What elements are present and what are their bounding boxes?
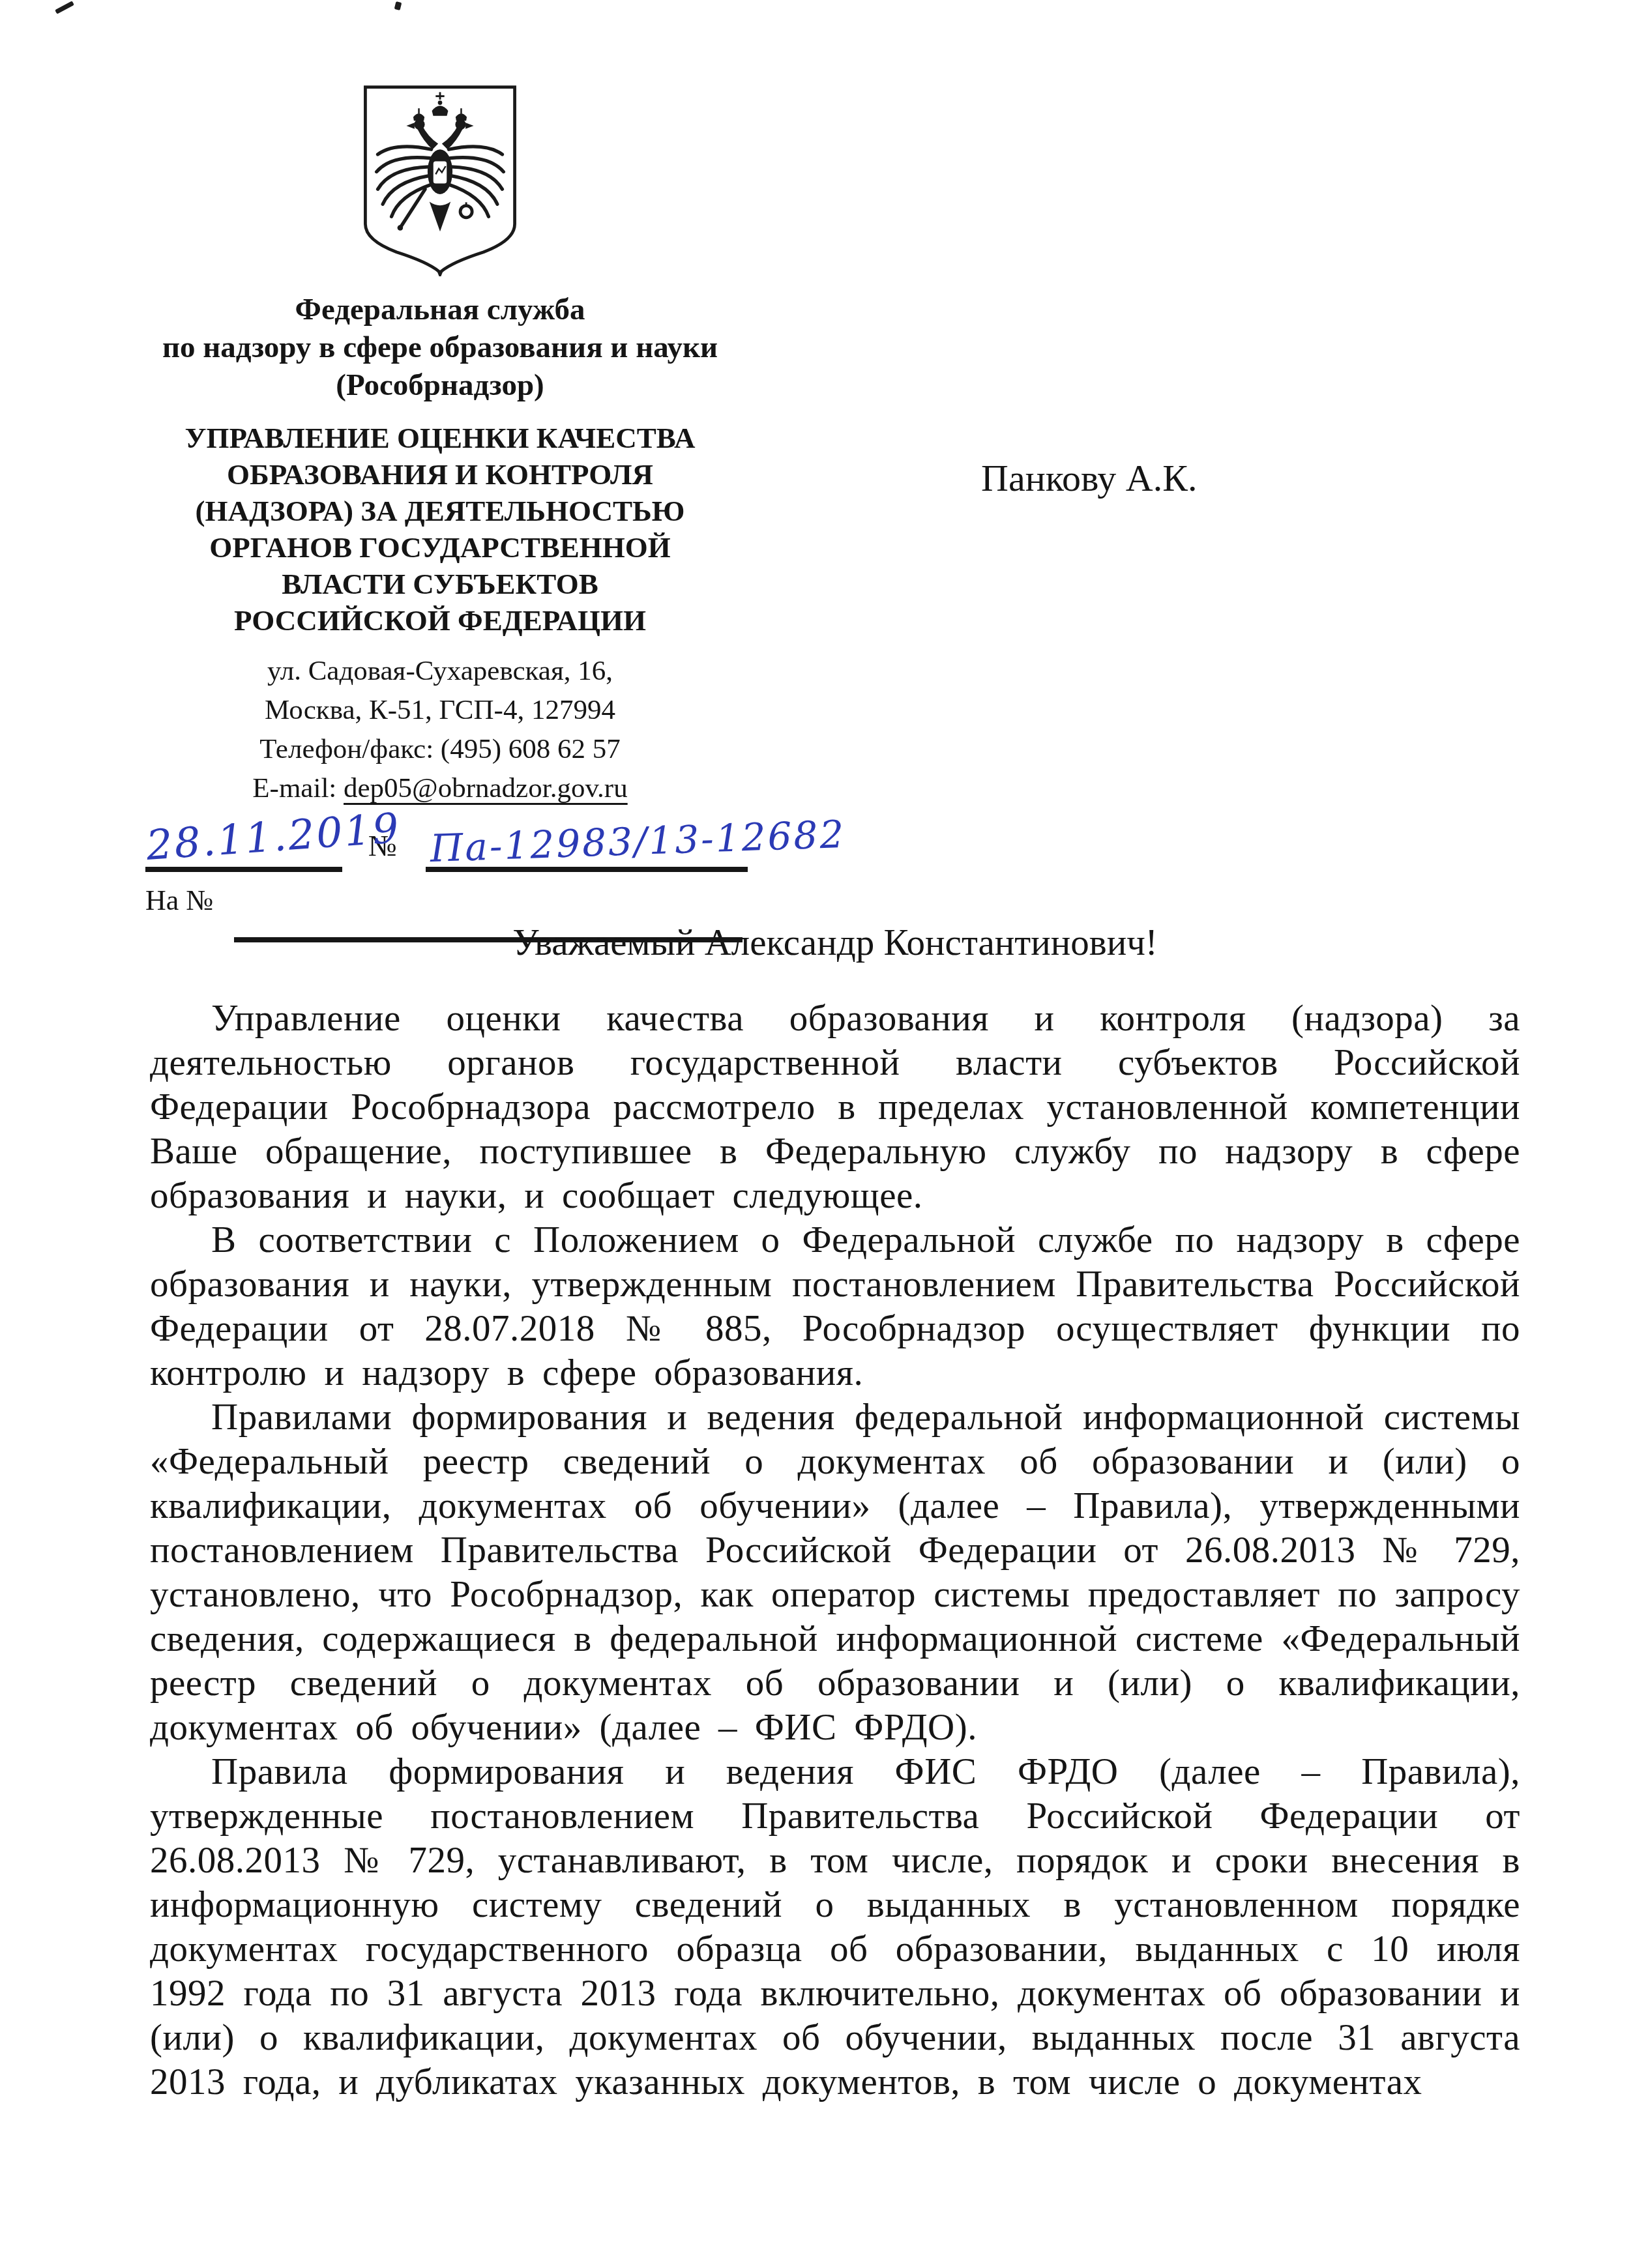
double-headed-eagle-icon: [358, 83, 522, 276]
number-field: Па-12983/13-12682: [426, 817, 748, 872]
org-name-line: по надзору в сфере образования и науки: [153, 328, 727, 366]
paragraph: Правилами формирования и ведения федерал…: [150, 1395, 1520, 1750]
department-line: (НАДЗОРА) ЗА ДЕЯТЕЛЬНОСТЬЮ: [153, 493, 727, 529]
department-line: РОССИЙСКОЙ ФЕДЕРАЦИИ: [153, 602, 727, 639]
letterhead: Федеральная служба по надзору в сфере об…: [153, 83, 727, 968]
salutation: Уважаемый Александр Константинович!: [150, 921, 1520, 965]
email-address: dep05@obrnadzor.gov.ru: [344, 773, 628, 804]
department-line: ОРГАНОВ ГОСУДАРСТВЕННОЙ: [153, 529, 727, 566]
handwritten-date: 28.11.2019: [145, 804, 402, 869]
paragraph: В соответствии с Положением о Федерально…: [150, 1218, 1520, 1395]
reply-label: На №: [145, 884, 213, 917]
address-line: ул. Садовая-Сухаревская, 16,: [153, 652, 727, 691]
handwritten-number: Па-12983/13-12682: [430, 812, 847, 871]
email-label: E-mail:: [252, 773, 336, 804]
paragraph: Правила формирования и ведения ФИС ФРДО …: [150, 1750, 1520, 2104]
phone-line: Телефон/факс: (495) 608 62 57: [153, 730, 727, 769]
coat-of-arms: [153, 83, 727, 276]
department-line: ОБРАЗОВАНИЯ И КОНТРОЛЯ: [153, 456, 727, 493]
email-line: E-mail: dep05@obrnadzor.gov.ru: [153, 769, 727, 808]
address-line: Москва, К-51, ГСП-4, 127994: [153, 691, 727, 730]
org-name-line: Федеральная служба: [153, 291, 727, 328]
department-line: УПРАВЛЕНИЕ ОЦЕНКИ КАЧЕСТВА: [153, 420, 727, 456]
contact-block: ул. Садовая-Сухаревская, 16, Москва, К-5…: [153, 652, 727, 808]
org-name-line: (Рособрнадзор): [153, 366, 727, 404]
org-name: Федеральная служба по надзору в сфере об…: [153, 291, 727, 404]
letter-body: Уважаемый Александр Константинович! Упра…: [150, 921, 1520, 2104]
paragraph: Управление оценки качества образования и…: [150, 996, 1520, 1218]
reference-row: 28.11.2019 № Па-12983/13-12682: [145, 817, 797, 872]
department-line: ВЛАСТИ СУБЪЕКТОВ: [153, 566, 727, 602]
department-name: УПРАВЛЕНИЕ ОЦЕНКИ КАЧЕСТВА ОБРАЗОВАНИЯ И…: [153, 420, 727, 639]
scan-speck: [394, 1, 402, 10]
date-field: 28.11.2019: [145, 817, 342, 872]
scanned-letter-page: Федеральная служба по надзору в сфере об…: [0, 0, 1633, 2268]
recipient-name: Панкову А.К.: [981, 456, 1197, 500]
scan-speck: [55, 1, 74, 14]
